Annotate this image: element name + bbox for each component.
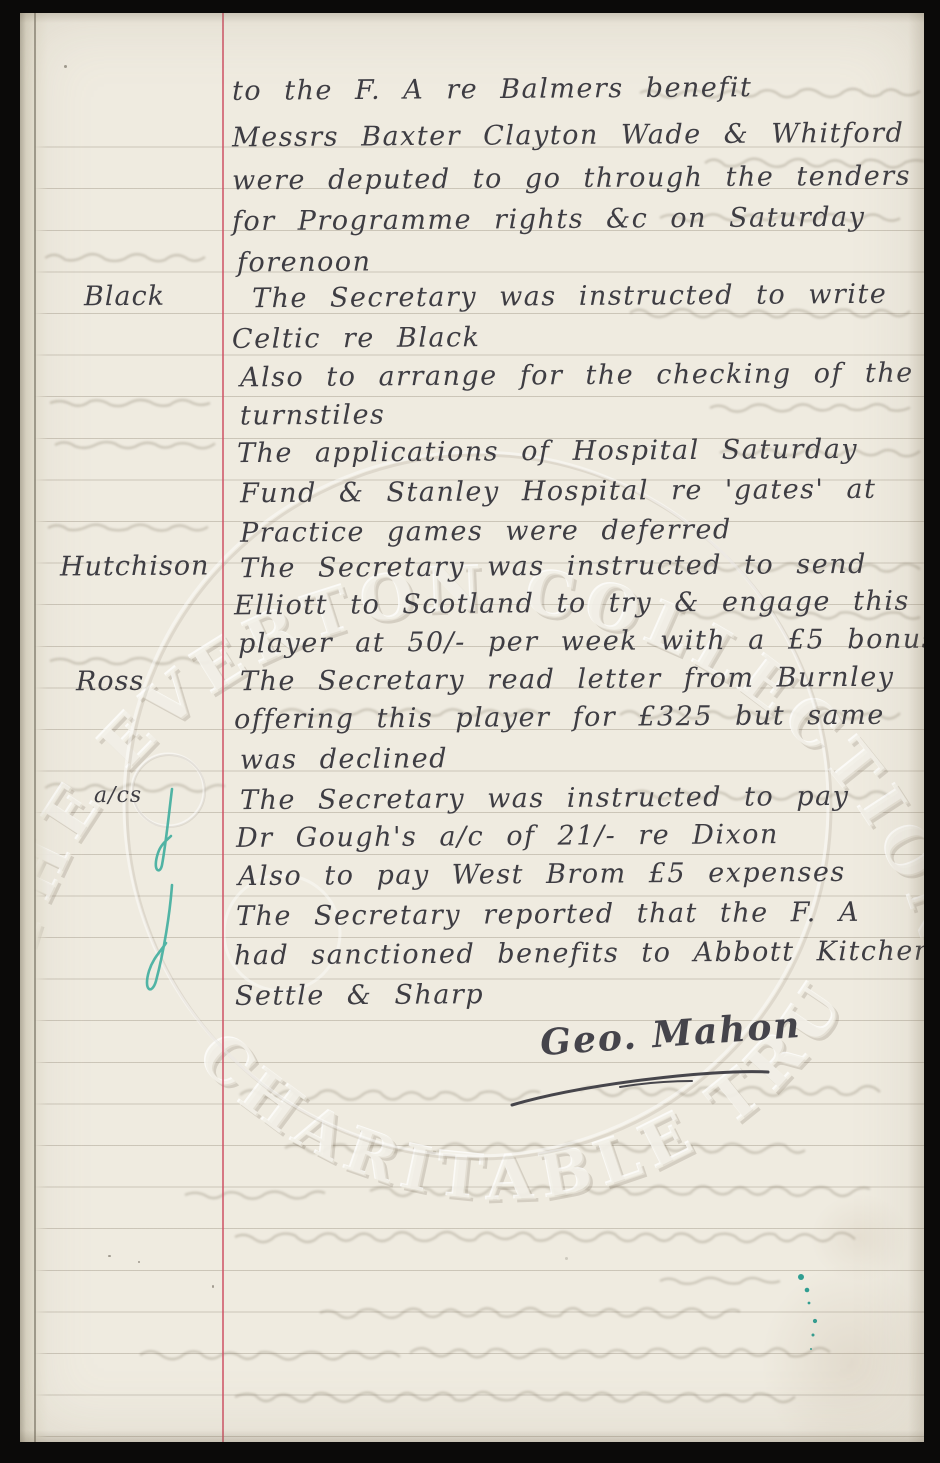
speck (212, 1285, 214, 1288)
speck (108, 1255, 111, 1257)
teal-ink-spots (798, 1274, 817, 1350)
speck (64, 65, 67, 68)
minute-book-page: THE EVERTON COLLECTION CHARITABLE TRUST … (20, 13, 924, 1442)
speck (565, 1257, 568, 1260)
teal-check-marks (20, 13, 924, 1442)
speck (138, 1261, 140, 1263)
